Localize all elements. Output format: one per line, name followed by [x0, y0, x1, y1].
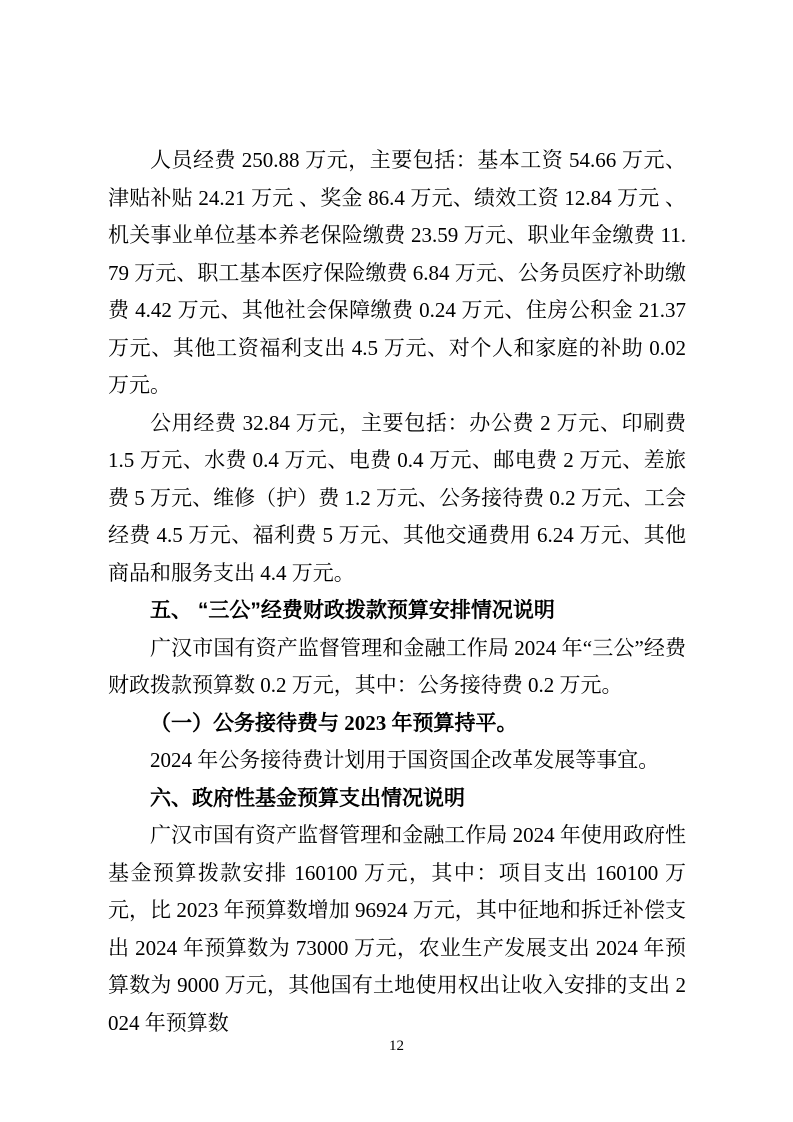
document-page: 人员经费 250.88 万元，主要包括：基本工资 54.66 万元、津贴补贴 2…	[0, 0, 793, 1122]
paragraph-personnel-expenses: 人员经费 250.88 万元，主要包括：基本工资 54.66 万元、津贴补贴 2…	[108, 142, 686, 405]
page-number: 12	[0, 1036, 793, 1056]
heading-section-six-government-fund: 六、政府性基金预算支出情况说明	[108, 780, 686, 818]
paragraph-government-fund-budget: 广汉市国有资产监督管理和金融工作局 2024 年使用政府性基金预算拨款安排 16…	[108, 817, 686, 1042]
paragraph-reception-fee-purpose: 2024 年公务接待费计划用于国资国企改革发展等事宜。	[108, 742, 686, 780]
subheading-official-reception-fee: （一）公务接待费与 2023 年预算持平。	[108, 705, 686, 743]
heading-section-five-three-public-funds: 五、 “三公”经费财政拨款预算安排情况说明	[108, 592, 686, 630]
paragraph-three-public-budget-total: 广汉市国有资产监督管理和金融工作局 2024 年“三公”经费财政拨款预算数 0.…	[108, 630, 686, 705]
paragraph-public-expenses: 公用经费 32.84 万元，主要包括：办公费 2 万元、印刷费 1.5 万元、水…	[108, 405, 686, 593]
document-body: 人员经费 250.88 万元，主要包括：基本工资 54.66 万元、津贴补贴 2…	[108, 142, 686, 1042]
